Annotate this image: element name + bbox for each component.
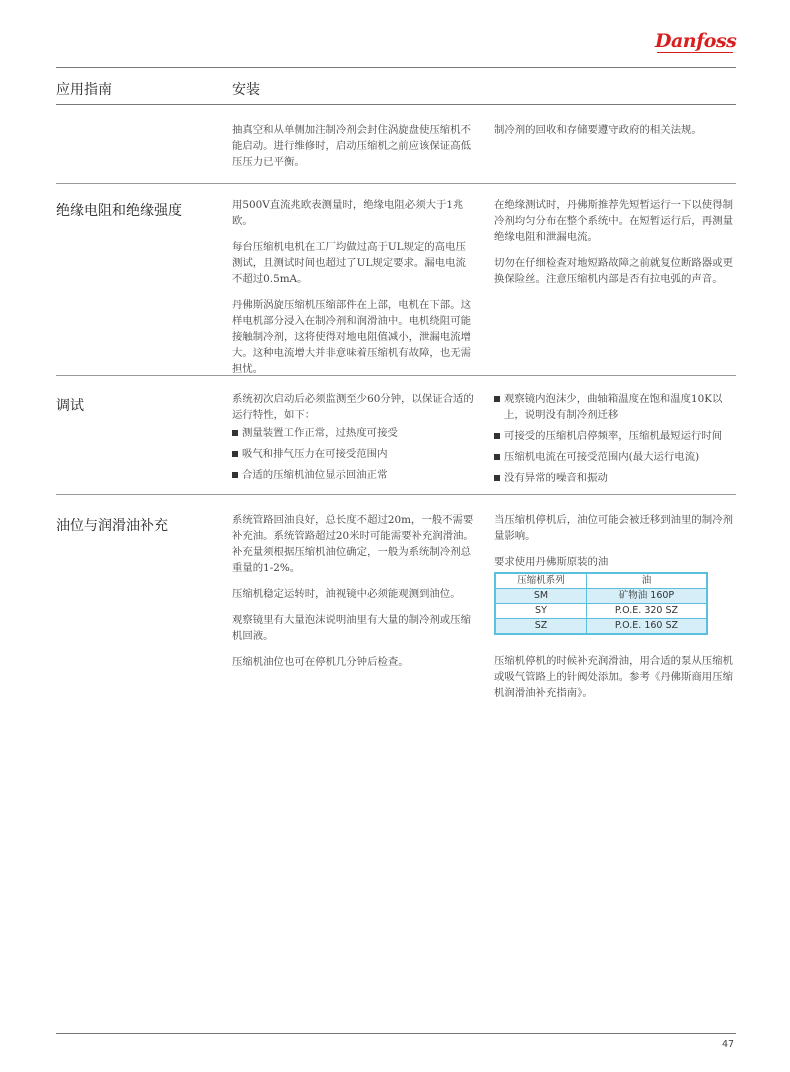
footer-divider [56, 1033, 736, 1034]
paragraph: 当压缩机停机后，油位可能会被迁移到油里的制冷剂量影响。 [494, 512, 739, 544]
list-item: 吸气和排气压力在可接受范围内 [232, 446, 475, 462]
list-item: 没有异常的噪音和振动 [494, 470, 739, 486]
column-header: 油 [586, 573, 707, 589]
table-caption: 要求使用丹佛斯原装的油 [494, 554, 739, 570]
section-intro-col2: 制冷剂的回收和存储要遵守政府的相关法规。 [494, 122, 739, 148]
table-row: SZ P.O.E. 160 SZ [495, 619, 707, 635]
paragraph: 制冷剂的回收和存储要遵守政府的相关法规。 [494, 122, 739, 138]
table-cell: P.O.E. 320 SZ [586, 604, 707, 619]
table-cell: SM [495, 589, 586, 604]
guide-title: 应用指南 [56, 79, 112, 99]
table-row: SM 矿物油 160P [495, 589, 707, 604]
paragraph: 系统管路回油良好，总长度不超过20m，一般不需要补充油。系统管路超过20米时可能… [232, 512, 475, 576]
list-item: 压缩机电流在可接受范围内(最大运行电流) [494, 449, 739, 465]
paragraph: 丹佛斯涡旋压缩机压缩部件在上部，电机在下部。这样电机部分浸入在制冷剂和润滑油中。… [232, 297, 475, 377]
page-number: 47 [722, 1039, 734, 1050]
paragraph: 观察镜里有大量泡沫说明油里有大量的制冷剂或压缩机回液。 [232, 612, 475, 644]
oil-table: 压缩机系列 油 SM 矿物油 160P SY P.O.E. 320 SZ SZ … [494, 572, 708, 635]
section-title-oil-level: 油位与润滑油补充 [56, 515, 168, 535]
section-intro-col1: 抽真空和从单侧加注制冷剂会封住涡旋盘使压缩机不能启动。进行维修时，启动压缩机之前… [232, 122, 475, 180]
section-commissioning-col1: 系统初次启动后必须监测至少60分钟，以保证合适的运行特性，如下： 测量装置工作正… [232, 391, 475, 488]
paragraph: 每台压缩机电机在工厂均做过高于UL规定的高电压测试，且测试时间也超过了UL规定要… [232, 239, 475, 287]
section-insulation-col2: 在绝缘测试时，丹佛斯推荐先短暂运行一下以使得制冷剂均匀分布在整个系统中。在短暂运… [494, 197, 739, 297]
column-header: 压缩机系列 [495, 573, 586, 589]
section-commissioning-col2: 观察镜内泡沫少，曲轴箱温度在饱和温度10K以上，说明没有制冷剂迁移 可接受的压缩… [494, 391, 739, 491]
danfoss-logo: Danfoss [655, 30, 736, 52]
list-item: 观察镜内泡沫少，曲轴箱温度在饱和温度10K以上，说明没有制冷剂迁移 [494, 391, 739, 423]
section-oil-col1: 系统管路回油良好，总长度不超过20m，一般不需要补充油。系统管路超过20米时可能… [232, 512, 475, 680]
paragraph: 抽真空和从单侧加注制冷剂会封住涡旋盘使压缩机不能启动。进行维修时，启动压缩机之前… [232, 122, 475, 170]
paragraph: 用500V直流兆欧表测量时，绝缘电阻必须大于1兆欧。 [232, 197, 475, 229]
section-divider [56, 375, 736, 376]
table-cell: SY [495, 604, 586, 619]
table-row: SY P.O.E. 320 SZ [495, 604, 707, 619]
list-item: 合适的压缩机油位显示回油正常 [232, 467, 475, 483]
table-cell: SZ [495, 619, 586, 635]
section-title-insulation: 绝缘电阻和绝缘强度 [56, 200, 182, 220]
list-item: 测量装置工作正常，过热度可接受 [232, 425, 475, 441]
section-oil-col2: 当压缩机停机后，油位可能会被迁移到油里的制冷剂量影响。 要求使用丹佛斯原装的油 … [494, 512, 739, 711]
logo-underline [657, 52, 733, 53]
paragraph: 压缩机停机的时候补充润滑油，用合适的泵从压缩机或吸气管路上的针阀处添加。参考《丹… [494, 653, 739, 701]
section-divider [56, 183, 736, 184]
paragraph: 在绝缘测试时，丹佛斯推荐先短暂运行一下以使得制冷剂均匀分布在整个系统中。在短暂运… [494, 197, 739, 245]
list-item: 可接受的压缩机启停频率，压缩机最短运行时间 [494, 428, 739, 444]
paragraph: 切勿在仔细检查对地短路故障之前就复位断路器或更换保险丝。注意压缩机内部是否有拉电… [494, 255, 739, 287]
paragraph: 压缩机油位也可在停机几分钟后检查。 [232, 654, 475, 670]
bullet-list: 测量装置工作正常，过热度可接受 吸气和排气压力在可接受范围内 合适的压缩机油位显… [232, 425, 475, 483]
chapter-title: 安装 [232, 79, 260, 99]
section-title-commissioning: 调试 [56, 395, 84, 415]
table-cell: 矿物油 160P [586, 589, 707, 604]
paragraph: 系统初次启动后必须监测至少60分钟，以保证合适的运行特性，如下： [232, 391, 475, 423]
paragraph: 压缩机稳定运转时，油视镜中必须能观测到油位。 [232, 586, 475, 602]
section-divider [56, 494, 736, 495]
table-cell: P.O.E. 160 SZ [586, 619, 707, 635]
bullet-list: 观察镜内泡沫少，曲轴箱温度在饱和温度10K以上，说明没有制冷剂迁移 可接受的压缩… [494, 391, 739, 486]
section-insulation-col1: 用500V直流兆欧表测量时，绝缘电阻必须大于1兆欧。 每台压缩机电机在工厂均做过… [232, 197, 475, 387]
table-header-row: 压缩机系列 油 [495, 573, 707, 589]
header-bottom-divider [56, 104, 736, 105]
header-top-divider [56, 67, 736, 68]
